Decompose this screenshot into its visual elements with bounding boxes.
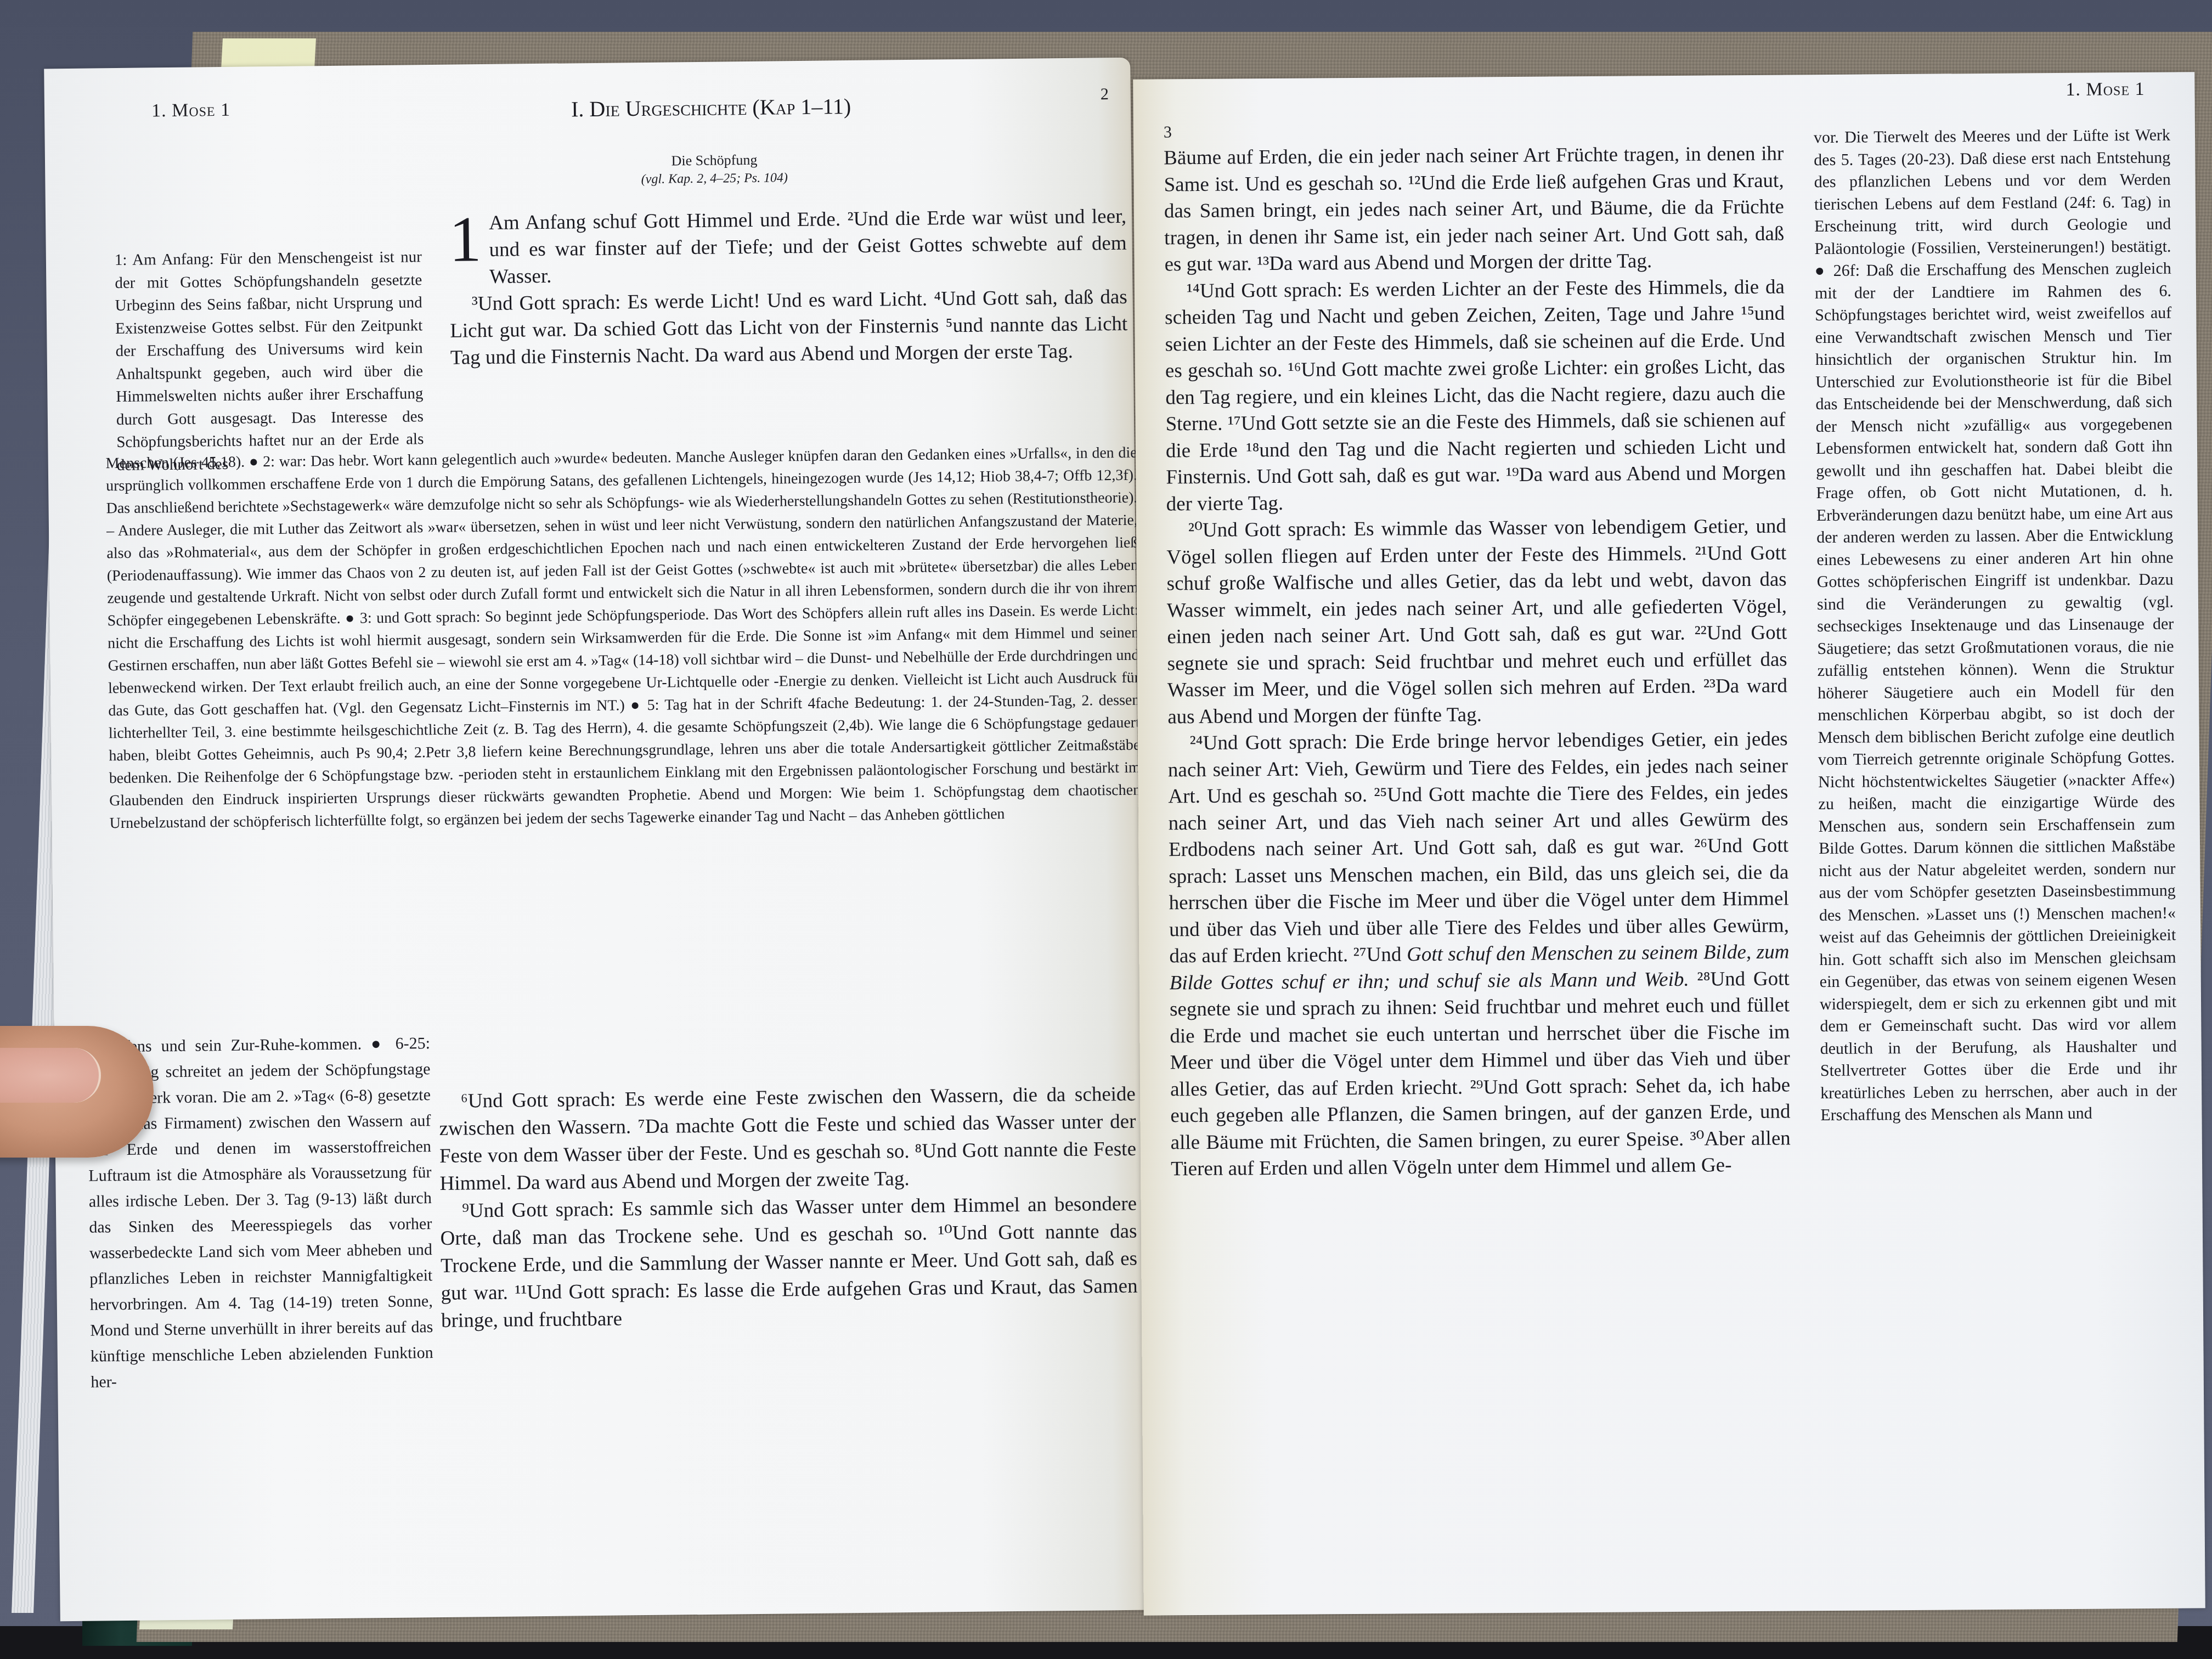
running-head: 1. Mose 1 bbox=[151, 100, 230, 122]
commentary-full-width: Menschen (Jes 45,18). ● 2: war: Das hebr… bbox=[106, 442, 1141, 835]
bible-verse-paragraph: ¹⁴Und Gott sprach: Es werden Lichter an … bbox=[1165, 274, 1786, 517]
left-page: 1. Mose 1 2 I. Die Urgeschichte (Kap 1–1… bbox=[44, 58, 1147, 1622]
chapter-number: 1 bbox=[449, 212, 482, 267]
thumbnail bbox=[0, 1048, 101, 1103]
bible-text-column-top: 1 Am Anfang schuf Gott Himmel und Erde. … bbox=[449, 203, 1128, 371]
commentary-column-top: 1: Am Anfang: Für den Menschengeist ist … bbox=[115, 246, 424, 477]
page-number: 3 bbox=[1164, 123, 1172, 142]
commentary-text: vor. Die Tierwelt des Meeres und der Lüf… bbox=[1814, 125, 2177, 1127]
section-title: I. Die Urgeschichte (Kap 1–11) bbox=[571, 93, 851, 122]
bible-verse-text: ²⁴Und Gott sprach: Die Erde bringe hervo… bbox=[1168, 727, 1789, 967]
commentary-column: vor. Die Tierwelt des Meeres und der Lüf… bbox=[1814, 125, 2177, 1127]
pericope-title: Die Schöpfung bbox=[599, 151, 830, 170]
bible-verse-paragraph: ⁹Und Gott sprach: Es sammle sich das Was… bbox=[440, 1190, 1138, 1335]
page-number: 2 bbox=[1101, 85, 1109, 104]
right-page: 3 1. Mose 1 Bäume auf Erden, die ein jed… bbox=[1133, 72, 2205, 1615]
bible-verse-paragraph: ³Und Gott sprach: Es werde Licht! Und es… bbox=[450, 284, 1128, 371]
pericope-reference: (vgl. Kap. 2, 4–25; Ps. 104) bbox=[599, 170, 830, 187]
bible-text-column: Bäume auf Erden, die ein jeder nach sein… bbox=[1164, 141, 1791, 1183]
bible-verse-paragraph: ⁶Und Gott sprach: Es werde eine Feste zw… bbox=[439, 1081, 1137, 1198]
bible-verse-paragraph: Bäume auf Erden, die ein jeder nach sein… bbox=[1164, 141, 1785, 278]
thumb bbox=[0, 1026, 154, 1158]
bible-verse-text: ²⁸Und Gott segnete sie und sprach zu ihn… bbox=[1170, 967, 1791, 1180]
bible-verse-paragraph: Am Anfang schuf Gott Himmel und Erde. ²U… bbox=[449, 203, 1127, 291]
bible-text-column-bottom: ⁶Und Gott sprach: Es werde eine Feste zw… bbox=[439, 1081, 1138, 1335]
commentary-text: 1: Am Anfang: Für den Menschengeist ist … bbox=[115, 246, 424, 477]
running-head: 1. Mose 1 bbox=[2066, 79, 2145, 100]
bible-verse-paragraph: ²⁴Und Gott sprach: Die Erde bringe hervo… bbox=[1168, 726, 1791, 1182]
bible-verse-paragraph: ²⁰Und Gott sprach: Es wimmle das Wasser … bbox=[1166, 513, 1788, 730]
commentary-text: Menschen (Jes 45,18). ● 2: war: Das hebr… bbox=[106, 442, 1141, 835]
